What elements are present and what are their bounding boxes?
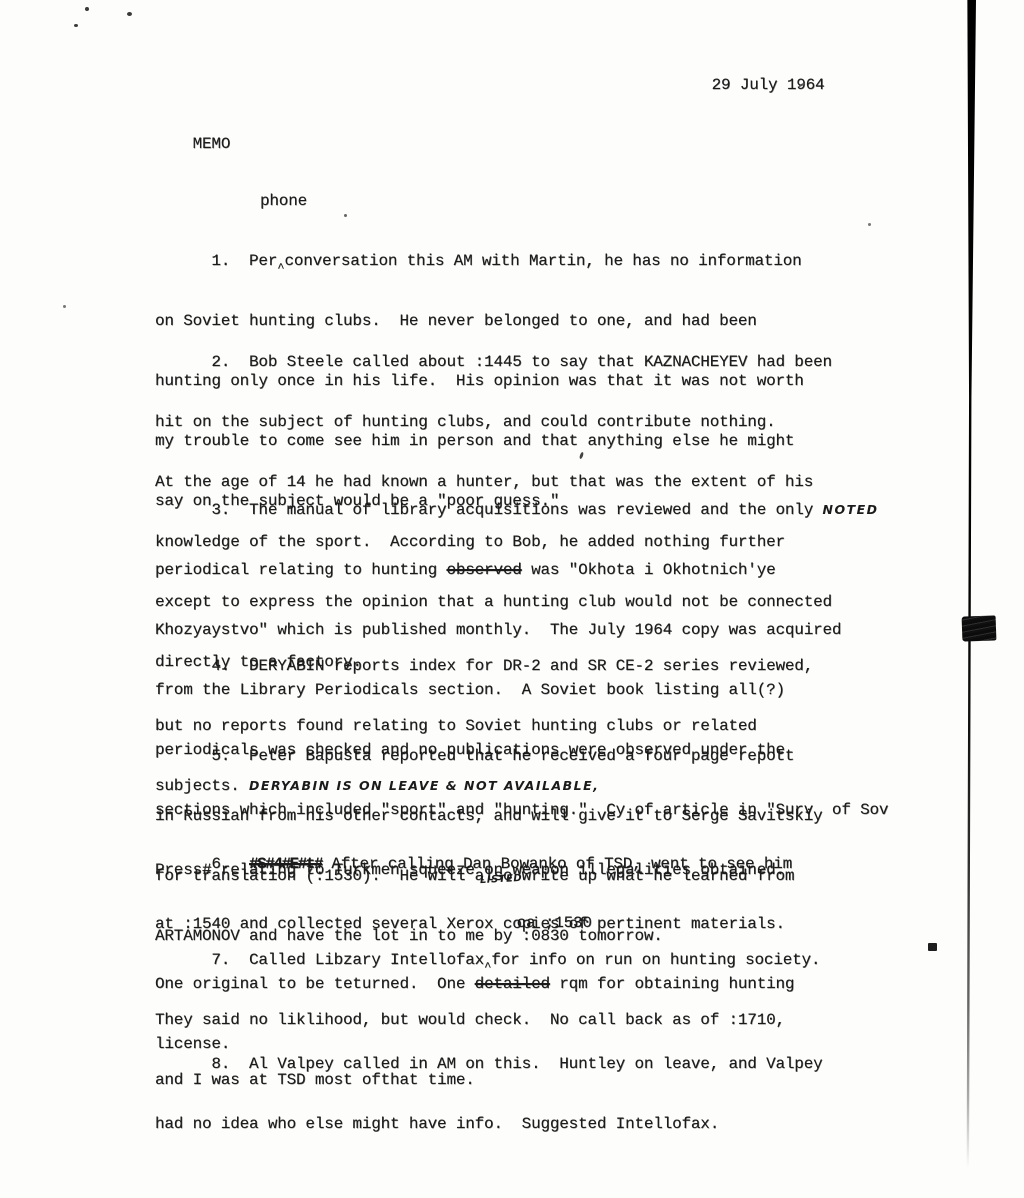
insertion-caret: ^ [484,960,491,974]
paragraph-3-line-2: periodical relating to hunting observed … [155,560,888,580]
overstruck-text: #S#4#E#t# [249,855,322,873]
paragraph-7-line-1: 7. Called Libzary Intellofax^for info on… [155,950,820,970]
paragraph-6-line-1: 6. #S#4#E#t# After calling Dan Bowanko o… [155,854,794,874]
paragraph-8-line-1: 8. Al Valpey called in AM on this. Huntl… [155,1054,823,1074]
paragraph-5-line-1: 5. Peter Bapusta reported that he receiv… [155,746,823,766]
noise-speck [74,24,78,27]
paragraph-3-line-1: 3. The manual of library acquisitions wa… [155,500,888,520]
noise-speck [344,214,347,217]
paragraph-2-line-1: 2. Bob Steele called about :1445 to say … [155,352,832,372]
scan-smudge-mark [962,615,997,641]
noise-speck [63,305,66,308]
paragraph-2-line-2: hit on the subject of hunting clubs, and… [155,412,832,432]
noise-speck [127,12,132,16]
handwritten-noted: NOTED [823,502,879,517]
noise-speck [868,223,871,226]
paragraph-8: 8. Al Valpey called in AM on this. Huntl… [155,1014,823,1174]
ink-dot-mark [928,943,937,951]
date-text: 29 July 1964 [712,76,825,94]
paragraph-4-line-1: 4. DERYABIN reports index for DR-2 and S… [155,656,813,676]
paragraph-8-line-2: had no idea who else might have info. Su… [155,1114,823,1134]
handwritten-listed: LISTED [480,869,523,891]
struck-word-observed: observed [446,561,521,579]
paragraph-1-line-1: 1. Per^conversation this AM with Martin,… [155,251,804,271]
scan-binding-edge-line [964,0,976,1168]
typed-insertion-phone: phone [155,191,804,211]
noise-speck [85,7,89,11]
scanned-memo-page: 29 July 1964 MEMO phone 1. Per^conversat… [0,0,1024,1198]
insertion-caret: ^ [277,261,284,275]
